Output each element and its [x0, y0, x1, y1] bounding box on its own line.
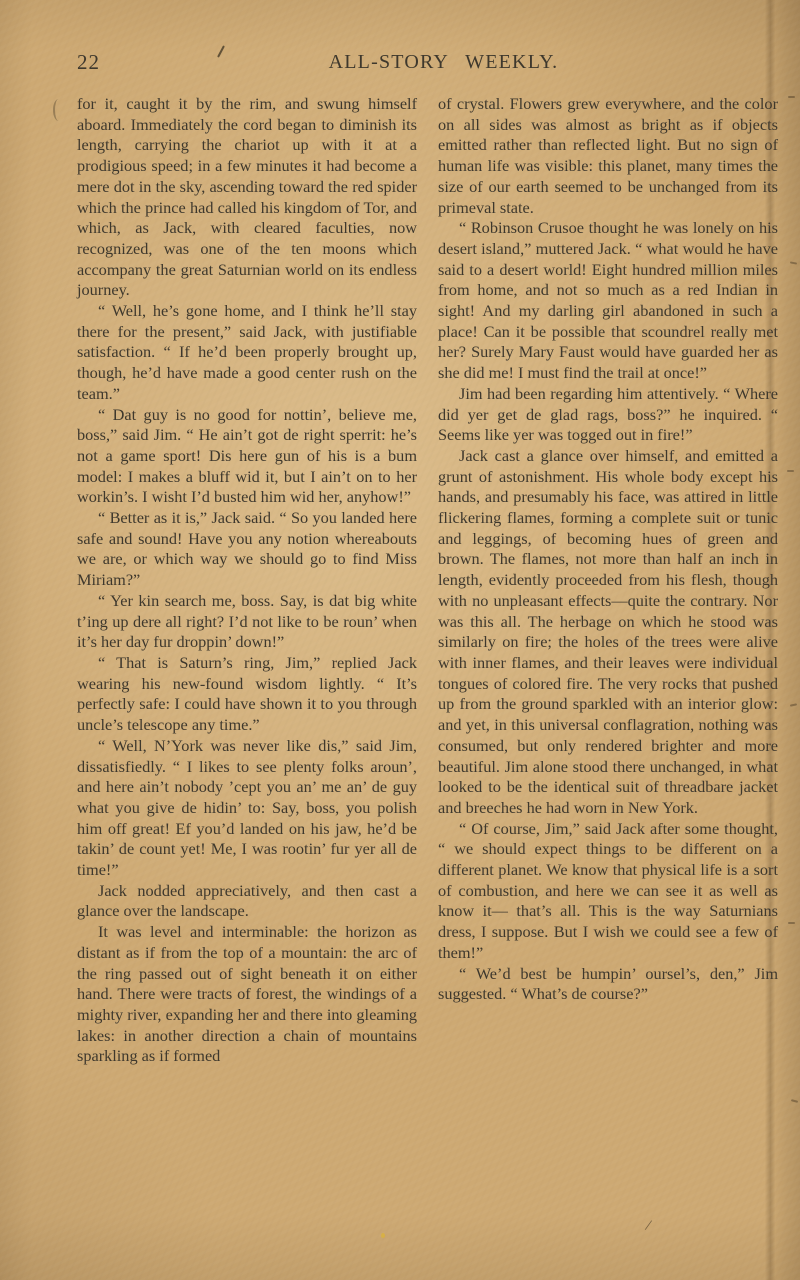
page-edge-mark	[788, 922, 795, 924]
paragraph: for it, caught it by the rim, and swung …	[77, 94, 417, 301]
paragraph: of crystal. Flowers grew everywhere, and…	[438, 94, 778, 218]
paragraph: Jack nodded appreciatively, and then cas…	[77, 881, 417, 922]
page-edge-mark	[788, 96, 795, 98]
paragraph: “ Well, N’York was never like dis,” said…	[77, 736, 417, 881]
page-title: ALL-STORY WEEKLY.	[93, 51, 794, 74]
paragraph: Jim had been regarding him attentively. …	[438, 384, 778, 446]
column-right: of crystal. Flowers grew everywhere, and…	[438, 94, 778, 1067]
paper-speck	[381, 1233, 385, 1238]
ink-speck	[53, 99, 64, 121]
column-left: for it, caught it by the rim, and swung …	[77, 94, 417, 1067]
paragraph: “ Better as it is,” Jack said. “ So you …	[77, 508, 417, 591]
magazine-page: 22 ALL-STORY WEEKLY. for it, caught it b…	[0, 0, 800, 1280]
paragraph: “ Robinson Crusoe thought he was lonely …	[438, 218, 778, 384]
paragraph: “ Yer kin search me, boss. Say, is dat b…	[77, 591, 417, 653]
page-header: 22 ALL-STORY WEEKLY.	[77, 50, 778, 76]
paragraph: “ We’d best be humpin’ oursel’s, den,” J…	[438, 964, 778, 1005]
page-edge-mark	[791, 1099, 798, 1103]
paragraph: Jack cast a glance over himself, and emi…	[438, 446, 778, 819]
paragraph: “ Dat guy is no good for nottin’, believ…	[77, 405, 417, 509]
page-edge-mark	[790, 703, 797, 706]
paragraph: “ That is Saturn’s ring, Jim,” replied J…	[77, 653, 417, 736]
page-edge-mark	[787, 470, 794, 472]
text-columns: for it, caught it by the rim, and swung …	[77, 94, 778, 1067]
paragraph: It was level and interminable: the horiz…	[77, 922, 417, 1067]
paragraph: “ Well, he’s gone home, and I think he’l…	[77, 301, 417, 405]
page-edge-mark	[790, 261, 797, 264]
ink-speck: /	[645, 1218, 651, 1235]
paragraph: “ Of course, Jim,” said Jack after some …	[438, 819, 778, 964]
